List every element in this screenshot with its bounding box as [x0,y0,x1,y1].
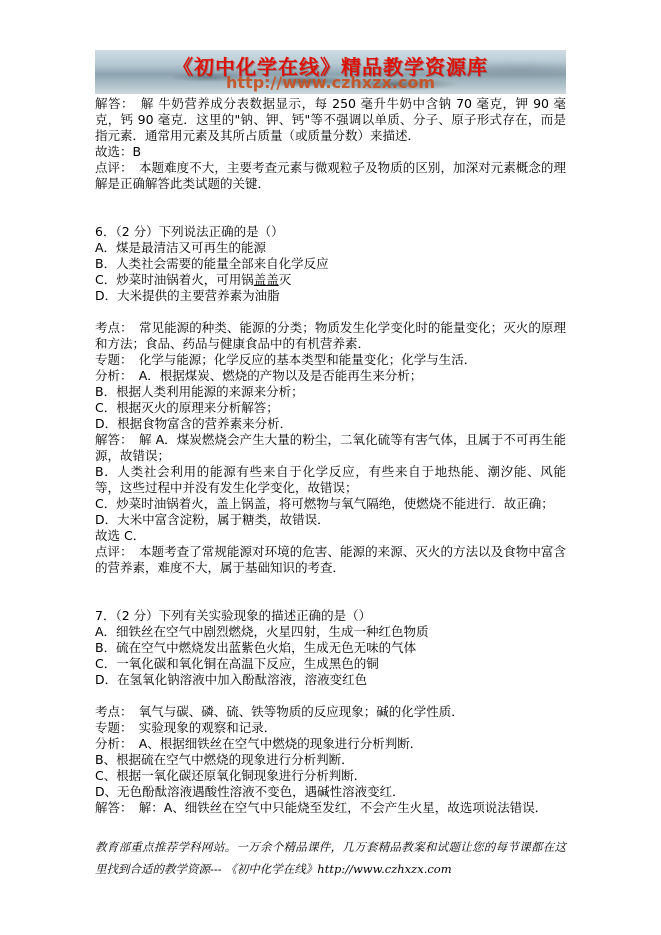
q6-jieda-a: 解答： 解 A．煤炭燃烧会产生大量的粉尘，二氧化硫等有害气体，且属于不可再生能源… [95,432,566,464]
q7-option-d: D．在氢氧化钠溶液中加入酚酞溶液，溶液变红色 [95,672,566,688]
q6-zhuanti-paragraph: 专题： 化学与能源；化学反应的基本类型和能量变化；化学与生活． [95,352,566,368]
q6-option-c-underlined: 盖盖 [254,272,279,287]
q6-jieda-b: B．人类社会利用的能源有些来自于化学反应，有些来自于地热能、潮汐能、风能等，这些… [95,464,566,496]
q7-zhuanti-paragraph: 专题： 实验现象的观察和记录． [95,720,566,736]
q7-fenxi-a: 分析： A、根据细铁丝在空气中燃烧的现象进行分析判断． [95,736,566,752]
q5-answer-choice: 故选：B [95,144,566,160]
q6-option-c-prefix: C．炒菜时油锅着火，可用锅 [95,272,254,287]
document-content: 解答： 解 牛奶营养成分表数据显示，每 250 毫升牛奶中含钠 70 毫克，钾 … [95,96,566,816]
q7-option-b: B．硫在空气中燃烧发出蓝紫色火焰，生成无色无味的气体 [95,640,566,656]
banner-url-text: http://www.czhxzx.com [95,73,566,92]
q6-option-c-suffix: 灭 [279,272,292,287]
footer-note: 教育部重点推荐学科网站。一万余个精品课件，几万套精品教案和试题让您的每节课都在这… [95,836,566,880]
q6-jieda-d: D．大米中富含淀粉，属于糖类，故错误． [95,512,566,528]
q6-answer-choice: 故选 C． [95,528,566,544]
q7-fenxi-d: D、无色酚酞溶液遇酸性溶液不变色，遇碱性溶液变红． [95,784,566,800]
document-page: 《初中化学在线》精品教学资源库 http://www.czhxzx.com 解答… [95,50,566,880]
q7-stem: 7．（2 分）下列有关实验现象的描述正确的是（） [95,608,566,624]
q6-fenxi-b: B．根据人类利用能源的来源来分析； [95,384,566,400]
site-banner-image: 《初中化学在线》精品教学资源库 http://www.czhxzx.com [95,50,566,94]
q6-option-b: B．人类社会需要的能量全部来自化学反应 [95,256,566,272]
q5-answer-paragraph: 解答： 解 牛奶营养成分表数据显示，每 250 毫升牛奶中含钠 70 毫克，钾 … [95,96,566,144]
q6-option-a: A．煤是最清洁又可再生的能源 [95,240,566,256]
q6-jieda-c: C．炒菜时油锅着火，盖上锅盖，将可燃物与氧气隔绝，使燃烧不能进行．故正确； [95,496,566,512]
q7-fenxi-b: B、根据硫在空气中燃烧的现象进行分析判断． [95,752,566,768]
q6-option-c: C．炒菜时油锅着火，可用锅盖盖灭 [95,272,566,288]
q5-comment-paragraph: 点评： 本题难度不大，主要考查元素与微观粒子及物质的区别，加深对元素概念的理解是… [95,160,566,192]
q6-kaodian-paragraph: 考点： 常见能源的种类、能源的分类；物质发生化学变化时的能量变化；灭火的原理和方… [95,320,566,352]
q7-option-a: A．细铁丝在空气中剧烈燃烧，火星四射，生成一种红色物质 [95,624,566,640]
q6-fenxi-d: D．根据食物富含的营养素来分析． [95,416,566,432]
q6-comment-paragraph: 点评： 本题考查了常规能源对环境的危害、能源的来源、灭火的方法以及食物中富含的营… [95,544,566,576]
q6-option-d: D．大米提供的主要营养素为油脂 [95,288,566,304]
q6-stem: 6．（2 分）下列说法正确的是（） [95,224,566,240]
q7-option-c: C．一氧化碳和氧化铜在高温下反应，生成黑色的铜 [95,656,566,672]
q6-fenxi-c: C．根据灭火的原理来分析解答； [95,400,566,416]
q7-jieda-paragraph: 解答： 解：A、细铁丝在空气中只能烧至发红，不会产生火星，故选项说法错误． [95,800,566,816]
q6-fenxi-a: 分析： A．根据煤炭、燃烧的产物以及是否能再生来分析； [95,368,566,384]
q7-kaodian-paragraph: 考点： 氧气与碳、磷、硫、铁等物质的反应现象；碱的化学性质． [95,704,566,720]
q7-fenxi-c: C、根据一氧化碳还原氧化铜现象进行分析判断． [95,768,566,784]
